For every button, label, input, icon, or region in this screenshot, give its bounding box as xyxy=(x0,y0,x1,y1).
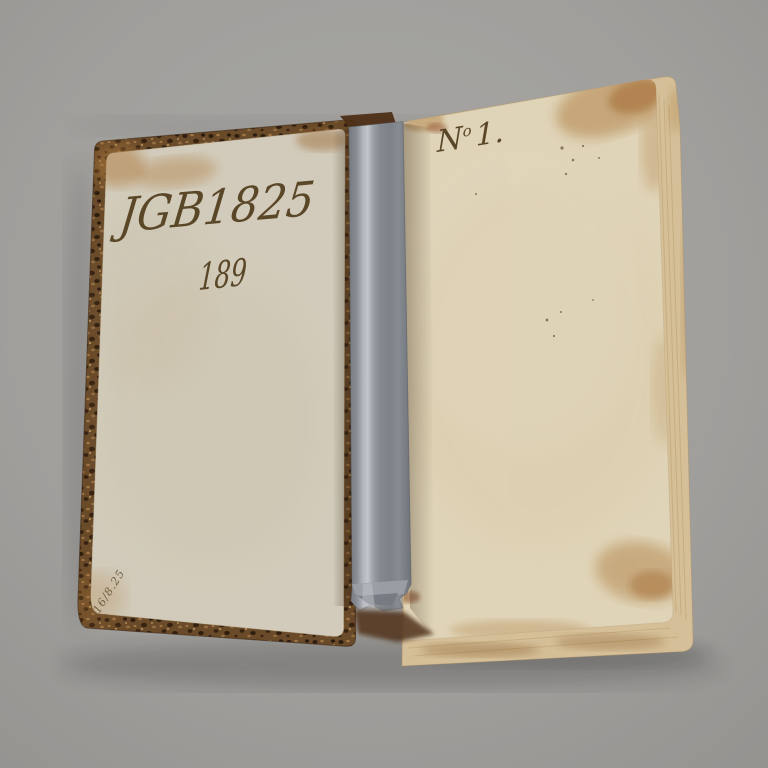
photograph: No1. JGB1825 189 16/8.25 xyxy=(0,0,768,768)
photo-grain xyxy=(0,0,768,768)
